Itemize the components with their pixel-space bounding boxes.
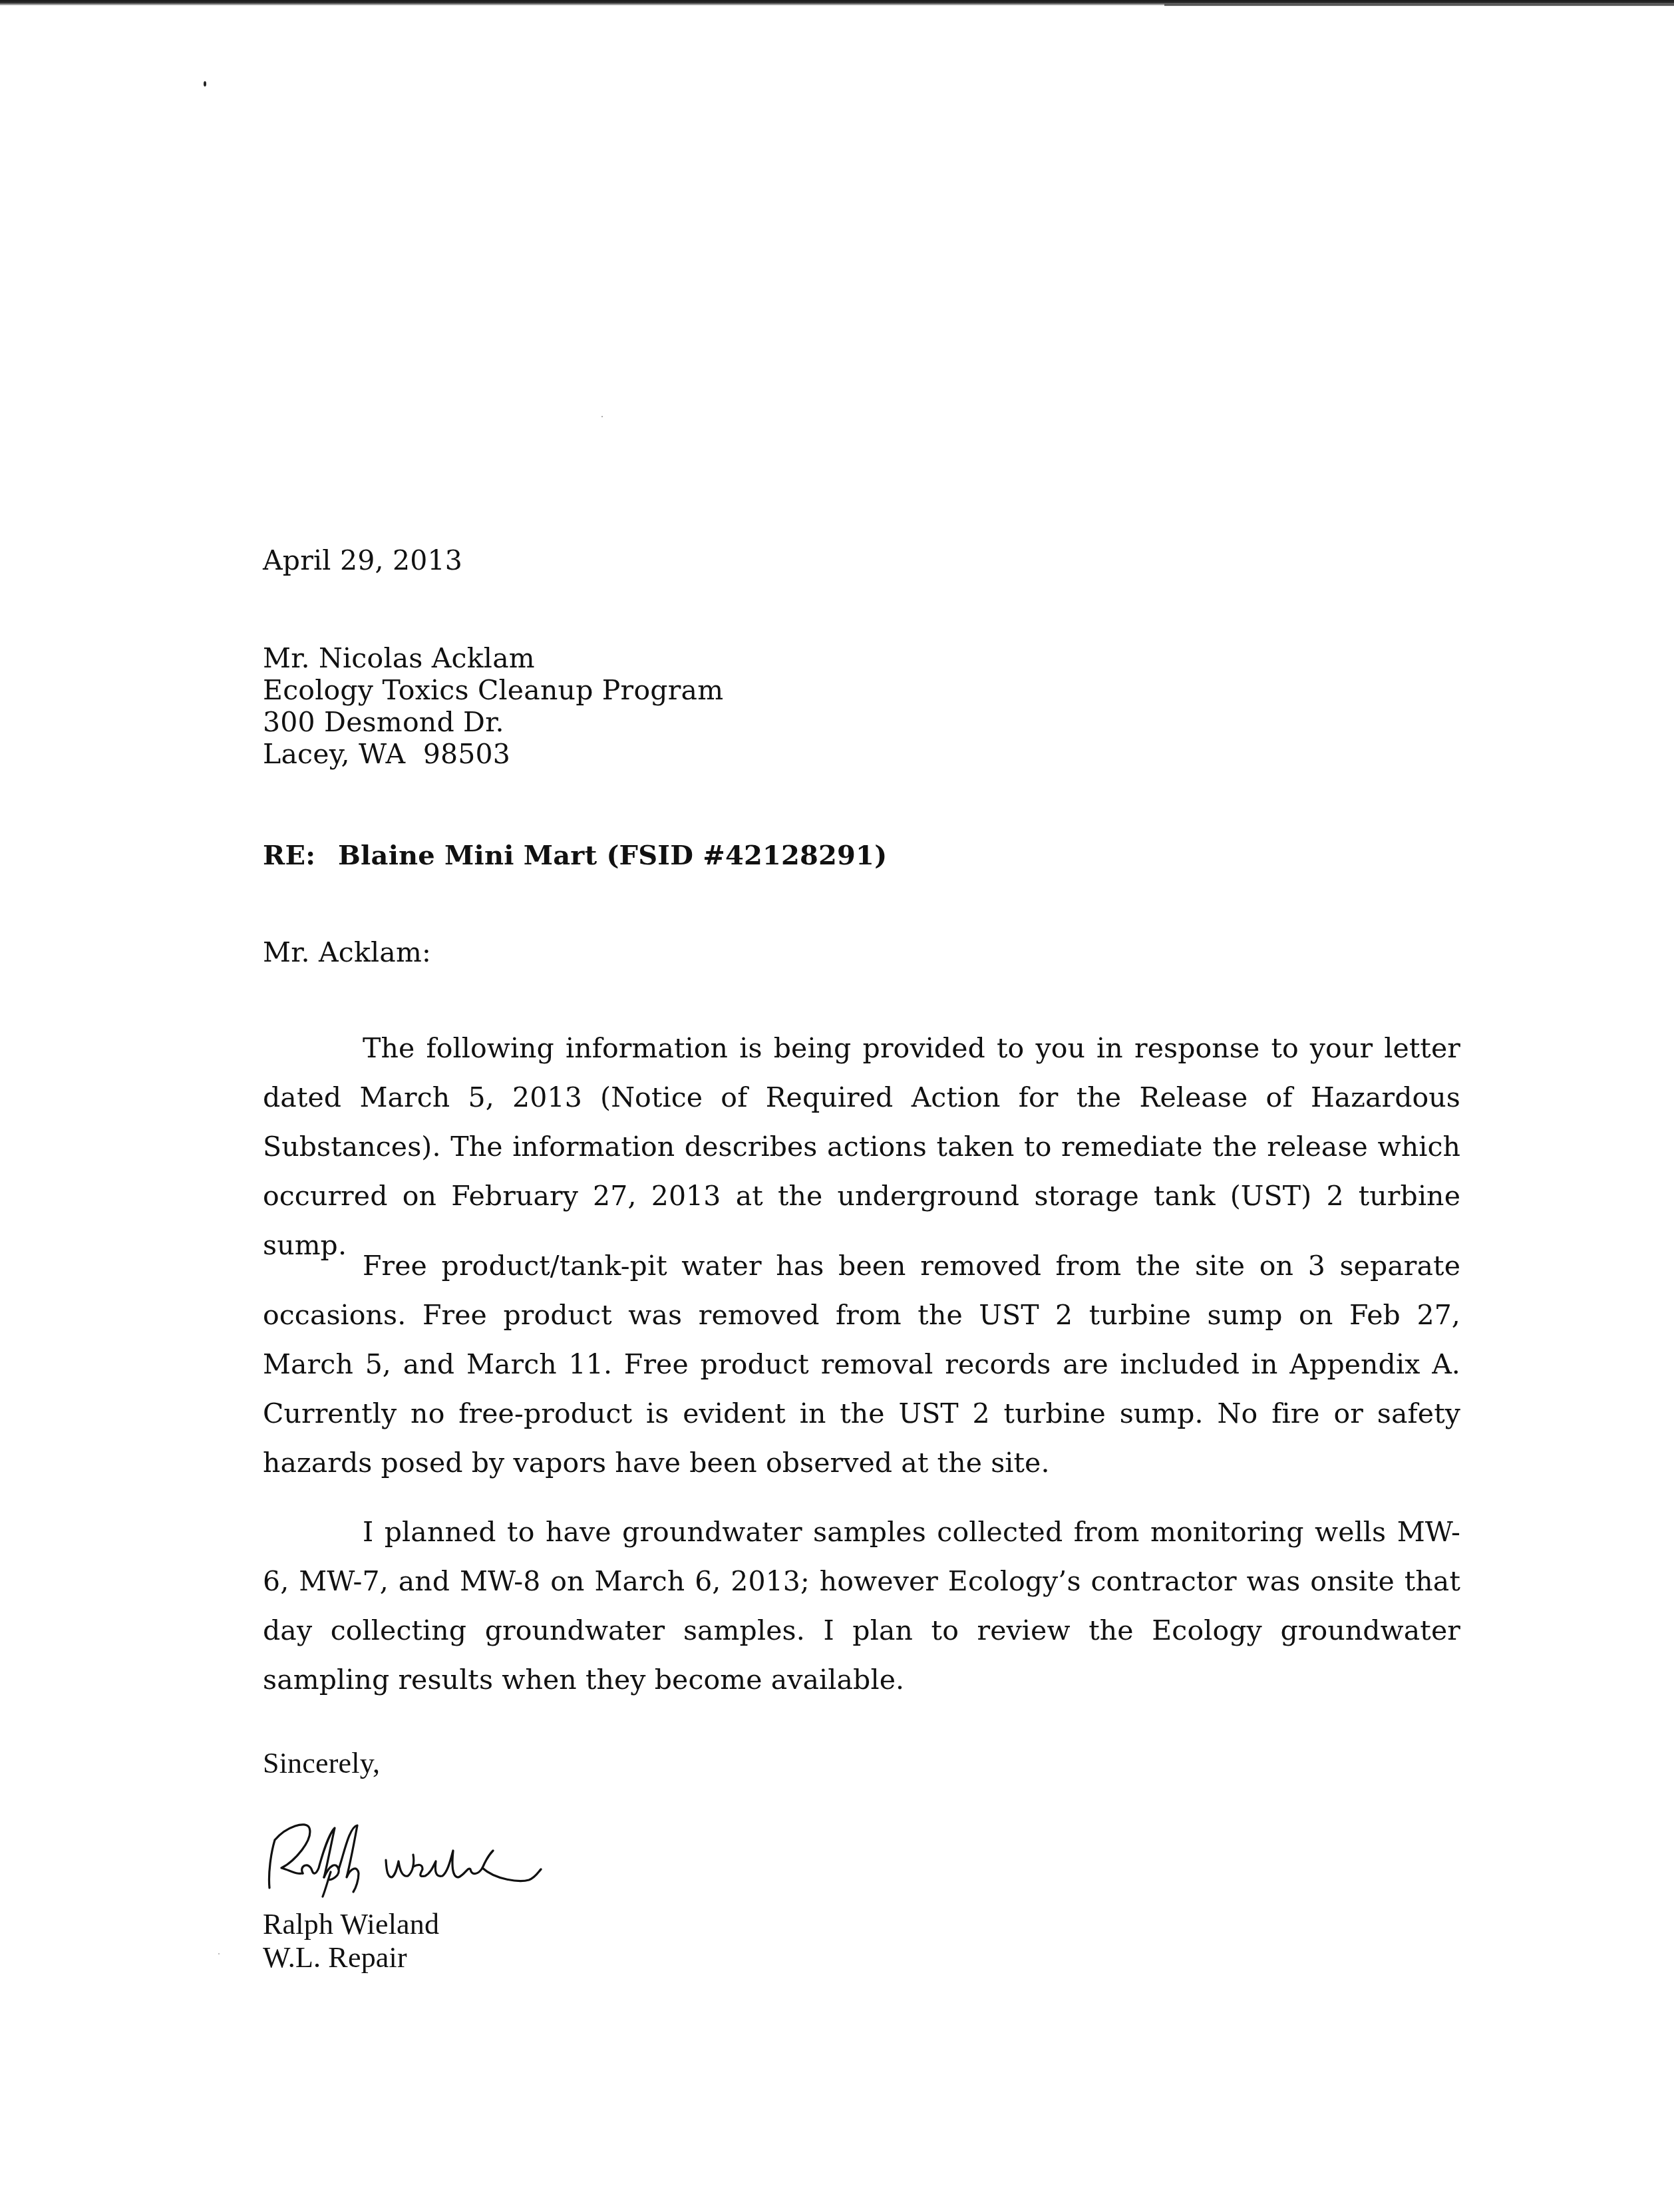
salutation: Mr. Acklam: xyxy=(263,936,431,968)
recipient-street: 300 Desmond Dr. xyxy=(263,706,504,738)
signature-icon xyxy=(256,1813,589,1900)
body-paragraph-3: I planned to have groundwater samples co… xyxy=(263,1507,1460,1704)
scan-speck xyxy=(601,416,603,417)
signer-name: Ralph Wieland xyxy=(263,1909,439,1940)
body-paragraph-2: Free product/tank-pit water has been rem… xyxy=(263,1241,1460,1487)
subject-text: Blaine Mini Mart (FSID #42128291) xyxy=(338,840,887,871)
letter-date: April 29, 2013 xyxy=(263,544,462,576)
closing: Sincerely, xyxy=(263,1748,380,1779)
recipient-organization: Ecology Toxics Cleanup Program xyxy=(263,674,723,706)
scan-speck xyxy=(218,1953,220,1954)
recipient-name: Mr. Nicolas Acklam xyxy=(263,642,535,674)
body-paragraph-1: The following information is being provi… xyxy=(263,1023,1460,1270)
scan-top-edge-shadow xyxy=(1164,4,1674,6)
subject-label: RE: xyxy=(263,840,315,871)
recipient-city-state-zip: Lacey, WA 98503 xyxy=(263,738,510,770)
scan-speck xyxy=(204,81,206,87)
signer-company: W.L. Repair xyxy=(263,1942,407,1974)
subject-line: RE:Blaine Mini Mart (FSID #42128291) xyxy=(263,840,887,872)
